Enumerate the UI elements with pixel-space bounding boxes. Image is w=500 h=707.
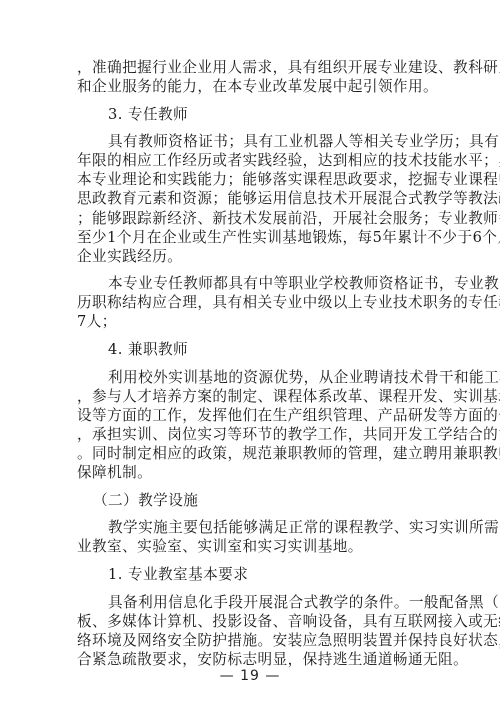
body-text-line: 企业实践经历。	[77, 246, 182, 268]
section-heading: 4. 兼职教师	[108, 339, 188, 361]
body-text-line: 和企业服务的能力，在本专业改革发展中起引领作用。	[77, 76, 438, 98]
body-text-line: 思政教育元素和资源；能够运用信息技术开展混合式教学等教法改革	[77, 188, 500, 210]
section-heading: 3. 专任教师	[108, 104, 188, 126]
section-heading: 1. 专业教室基本要求	[108, 564, 248, 586]
body-text-line: 7人；	[77, 311, 117, 333]
body-text-line: 保障机制。	[77, 462, 152, 484]
body-text-line: 历职称结构应合理，具有相关专业中级以上专业技术职务的专任教师	[77, 292, 500, 314]
subsection-heading: （二）教学设施	[93, 490, 198, 512]
body-text-line: 业教室、实验室、实训室和实习实训基地。	[77, 536, 363, 558]
page-number: — 19 —	[0, 668, 500, 684]
